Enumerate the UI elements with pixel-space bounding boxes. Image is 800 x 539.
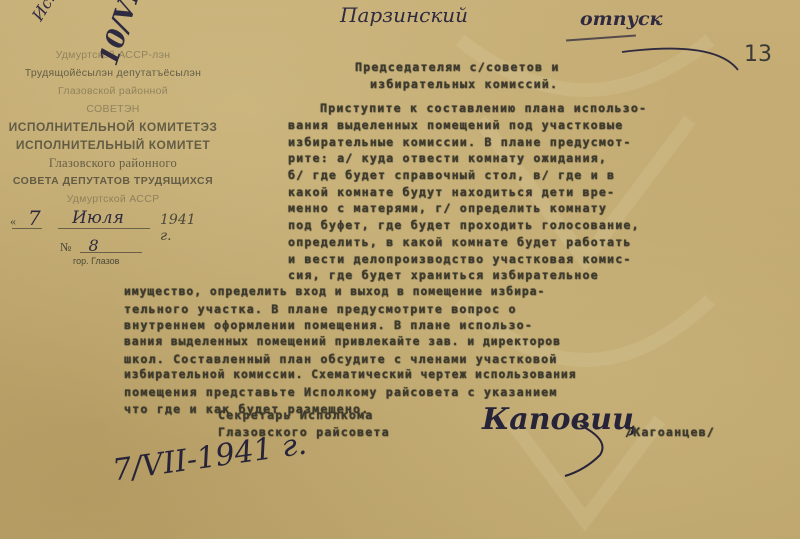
date-month: Июля: [72, 208, 124, 228]
official-stamp: Удмуртской АССР-лэн Трудящойёсылэн депут…: [6, 46, 220, 208]
body-line: имущество, определить вход и выход в пом…: [124, 284, 545, 301]
stamp-city: гор. Глазов: [73, 256, 119, 266]
stamp-line: СОВЕТА ДЕПУТАТОВ ТРУДЯЩИХСЯ: [6, 172, 220, 190]
date-quote: «: [10, 214, 16, 229]
stamp-line: Трудящойёсылэн депутатъёсылэн: [6, 64, 220, 82]
stamp-line: ИСПОЛНИТЕЛЬНОЙ КОМИТЕТЭЗ: [6, 118, 220, 136]
body-line: избирательной комиссии. Схематический че…: [124, 367, 576, 384]
addressee-line: избирательных комиссий.: [370, 76, 558, 93]
handwritten-mark: отпуск: [580, 8, 662, 30]
body-line: внутреннем оформлении помещения. В плане…: [124, 317, 533, 334]
stamp-line: Глазовской районной: [6, 82, 220, 100]
body-line: сия, где будет храниться избирательное: [288, 267, 599, 284]
date-year: 1941 г.: [160, 212, 210, 244]
body-line: вания выделенных помещений под участковы…: [288, 117, 623, 134]
body-line: вания выделенных помещений привлекайте з…: [124, 334, 561, 351]
body-line: избирательные комиссии. В плане предусмо…: [288, 134, 632, 151]
handwritten-name: Парзинский: [340, 3, 468, 27]
date-day: 7: [28, 206, 41, 230]
body-line: какой комнате будут находиться дети вре-: [288, 184, 615, 201]
scanned-document-page: Удмуртской АССР-лэн Трудящойёсылэн депут…: [0, 0, 800, 539]
number-underline: [80, 252, 142, 253]
stamp-date: « 7 Июля 1941 г.: [10, 212, 210, 232]
body-line: менно с матерями, г/ определить комнату: [288, 200, 607, 217]
body-line: тельного участка. В плане предусмотрите …: [124, 301, 517, 318]
body-line: под буфет, где будет проходить голосован…: [288, 217, 640, 234]
body-line: и вести делопроизводство участковая коми…: [288, 251, 632, 268]
stamp-line: ИСПОЛНИТЕЛЬНЫЙ КОМИТЕТ: [6, 136, 220, 154]
body-line: Приступите к составлению плана использо-: [320, 100, 647, 117]
handwritten-note: Исполнено: [28, 0, 94, 24]
body-line: помещения представьте Исполкому райсовет…: [124, 384, 558, 401]
signatory-name: /Кагоанцев/: [625, 424, 715, 441]
handwritten-date: 7/VII-1941 г.: [111, 427, 309, 489]
body-line: б/ где будет справочный стол, в/ где и в: [288, 167, 615, 184]
stamp-line: СОВЕТЭН: [6, 100, 220, 118]
body-line: определить, в какой комнате будет работа…: [288, 234, 632, 251]
number-label: №: [60, 240, 71, 254]
body-line: школ. Составленный план обсудите с члена…: [124, 351, 558, 368]
addressee-line: Председателям с/советов и: [355, 59, 560, 76]
signatory-title: Секретарь Исполкома: [218, 407, 373, 424]
signature-flourish-icon: [560, 420, 620, 480]
stamp-line: Глазовского районного: [6, 154, 220, 172]
page-number: 13: [744, 42, 772, 67]
body-line: рите: а/ куда отвести комнату ожидания,: [288, 150, 607, 167]
date-underline: [58, 228, 150, 229]
date-underline: [12, 228, 42, 229]
